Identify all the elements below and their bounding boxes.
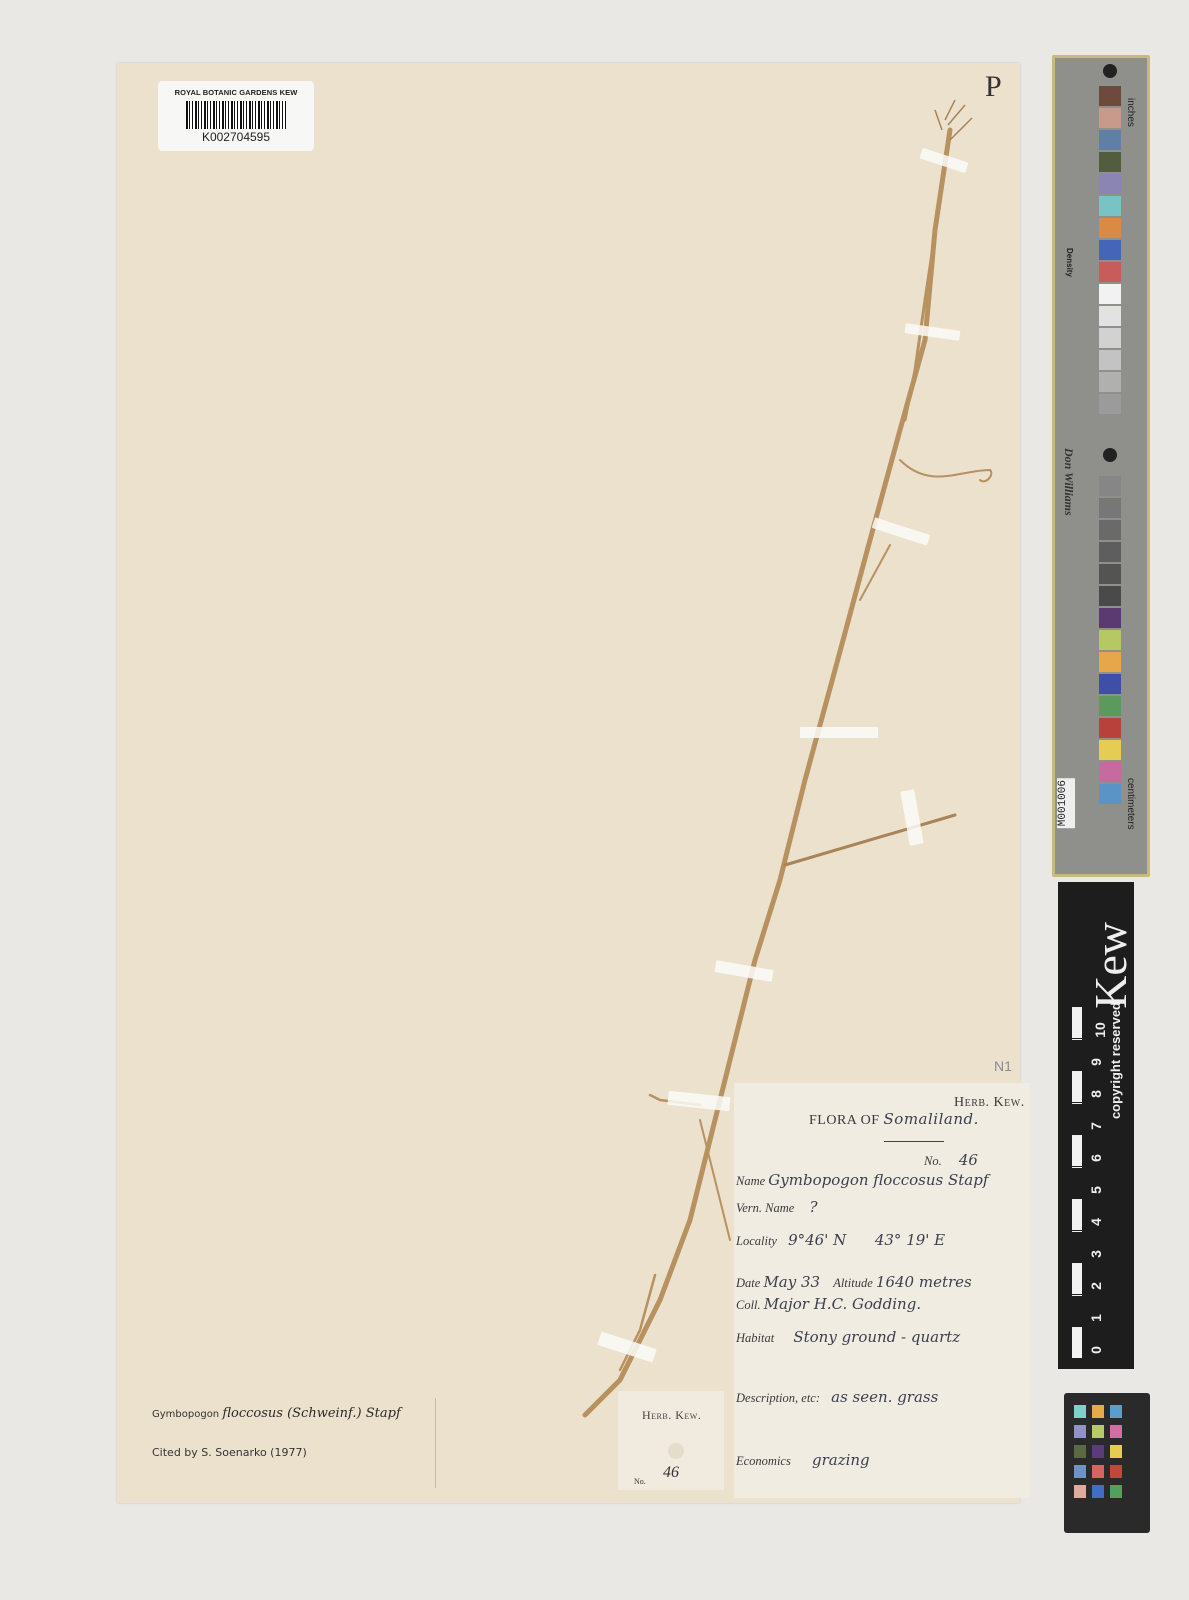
- color-swatch: [1099, 652, 1121, 672]
- date-altitude-field: Date May 33 Altitude 1640 metres: [736, 1273, 972, 1291]
- color-swatch: [1099, 350, 1121, 370]
- scale-number: 9: [1088, 1058, 1104, 1066]
- color-swatch: [1110, 1425, 1122, 1438]
- scale-tick: [1072, 1039, 1082, 1070]
- specimen-number: 46: [663, 1464, 679, 1482]
- color-swatch: [1099, 520, 1121, 540]
- registration-dot: [1103, 64, 1117, 78]
- color-swatch: [1099, 608, 1121, 628]
- color-swatch: [1074, 1445, 1086, 1458]
- color-swatch: [1092, 1465, 1104, 1478]
- inches-label: inches: [1125, 98, 1136, 127]
- color-swatch: [1110, 1445, 1122, 1458]
- collector-field: Coll. Major H.C. Godding.: [736, 1295, 921, 1313]
- color-swatch: [1099, 476, 1121, 496]
- serial-number: M001006: [1057, 778, 1075, 828]
- scale-number: 5: [1088, 1186, 1104, 1194]
- color-swatch: [1074, 1405, 1086, 1418]
- scale-tick: [1072, 1295, 1082, 1326]
- color-swatch: [1099, 740, 1121, 760]
- color-swatch: [1099, 542, 1121, 562]
- determination-slip: Gymbopogon floccosus (Schweinf.) Stapf C…: [127, 1398, 436, 1488]
- punch-hole: [668, 1443, 684, 1459]
- color-swatch: [1099, 498, 1121, 518]
- color-swatch: [1099, 394, 1121, 414]
- scale-tick: [1072, 1199, 1082, 1230]
- color-swatch: [1092, 1425, 1104, 1438]
- scale-number: 2: [1088, 1282, 1104, 1290]
- color-swatch: [1099, 328, 1121, 348]
- vern-name-field: Vern. Name ?: [736, 1198, 818, 1216]
- scale-number: 4: [1088, 1218, 1104, 1226]
- scale-tick: [1072, 1327, 1082, 1358]
- citation-text: Cited by S. Soenarko (1977): [152, 1446, 307, 1459]
- kew-logo: Kew: [1084, 922, 1137, 1009]
- color-swatch: [1099, 174, 1121, 194]
- scale-number: 8: [1088, 1090, 1104, 1098]
- color-swatch: [1092, 1445, 1104, 1458]
- color-swatch: [1099, 564, 1121, 584]
- scale-tick: [1072, 1071, 1082, 1102]
- color-swatch: [1074, 1425, 1086, 1438]
- color-swatch: [1099, 108, 1121, 128]
- color-swatch: [1110, 1465, 1122, 1478]
- color-swatch: [1110, 1485, 1122, 1498]
- color-swatch: [1099, 218, 1121, 238]
- color-swatch: [1099, 306, 1121, 326]
- scale-number: 3: [1088, 1250, 1104, 1258]
- color-swatch: [1099, 630, 1121, 650]
- centimeters-label: centimeters: [1125, 778, 1136, 830]
- collection-label: Herb. Kew. FLORA OF Somaliland. No. 46 N…: [734, 1083, 1030, 1498]
- no-field: No. 46: [924, 1151, 978, 1169]
- tape-strip: [800, 727, 878, 738]
- density-label: Density: [1065, 248, 1074, 277]
- color-swatch: [1099, 784, 1121, 804]
- species-handwritten: floccosus (Schweinf.) Stapf: [222, 1406, 400, 1421]
- flora-region: Somaliland.: [884, 1110, 979, 1128]
- color-calibration-bar: inches centimeters Don Williams Density …: [1052, 55, 1150, 877]
- color-swatch: [1099, 718, 1121, 738]
- color-swatch: [1099, 762, 1121, 782]
- color-swatch: [1074, 1465, 1086, 1478]
- color-swatch: [1099, 674, 1121, 694]
- registration-dot: [1103, 448, 1117, 462]
- name-field: Name Gymbopogon floccosus Stapf: [736, 1171, 988, 1189]
- flora-of: FLORA OF Somaliland.: [809, 1110, 979, 1129]
- color-swatch: [1099, 130, 1121, 150]
- color-swatch: [1092, 1485, 1104, 1498]
- divider: [884, 1141, 944, 1142]
- economics-field: Economics grazing: [736, 1451, 870, 1469]
- color-swatch: [1099, 86, 1121, 106]
- copyright-label: copyright reserved: [1108, 1002, 1123, 1119]
- scale-tick: [1072, 1167, 1082, 1198]
- scale-number: 7: [1088, 1122, 1104, 1130]
- no-label: No.: [634, 1477, 646, 1486]
- color-swatch: [1092, 1405, 1104, 1418]
- scale-number: 0: [1088, 1346, 1104, 1354]
- scale-tick: [1072, 1007, 1082, 1038]
- scale-tick: [1072, 1231, 1082, 1262]
- color-swatch: [1099, 586, 1121, 606]
- genus-name: Gymbopogon: [152, 1409, 219, 1420]
- scale-number: 6: [1088, 1154, 1104, 1162]
- color-swatch: [1110, 1405, 1122, 1418]
- color-swatch: [1074, 1485, 1086, 1498]
- small-color-chart: [1064, 1393, 1150, 1533]
- scale-number: 10: [1092, 1022, 1108, 1038]
- herb-kew-title: Herb. Kew.: [642, 1408, 701, 1423]
- color-swatch: [1099, 196, 1121, 216]
- herb-kew-header: Herb. Kew.: [954, 1095, 1025, 1111]
- color-swatch: [1099, 240, 1121, 260]
- color-swatch: [1099, 372, 1121, 392]
- description-field: Description, etc: as seen. grass: [736, 1388, 938, 1406]
- color-swatch: [1099, 152, 1121, 172]
- scale-tick: [1072, 1135, 1082, 1166]
- color-swatch: [1099, 262, 1121, 282]
- kew-scale-bar: Kew copyright reserved 012345678910: [1058, 882, 1134, 1369]
- herb-kew-small-label: Herb. Kew. No. 46: [618, 1391, 724, 1490]
- brand-label: Don Williams: [1061, 448, 1076, 516]
- scale-tick: [1072, 1103, 1082, 1134]
- scale-number: 1: [1088, 1314, 1104, 1322]
- locality-field: Locality 9°46' N 43° 19' E: [736, 1231, 945, 1249]
- color-swatch: [1099, 284, 1121, 304]
- habitat-field: Habitat Stony ground - quartz: [736, 1328, 960, 1346]
- scale-tick: [1072, 1263, 1082, 1294]
- color-swatch: [1099, 696, 1121, 716]
